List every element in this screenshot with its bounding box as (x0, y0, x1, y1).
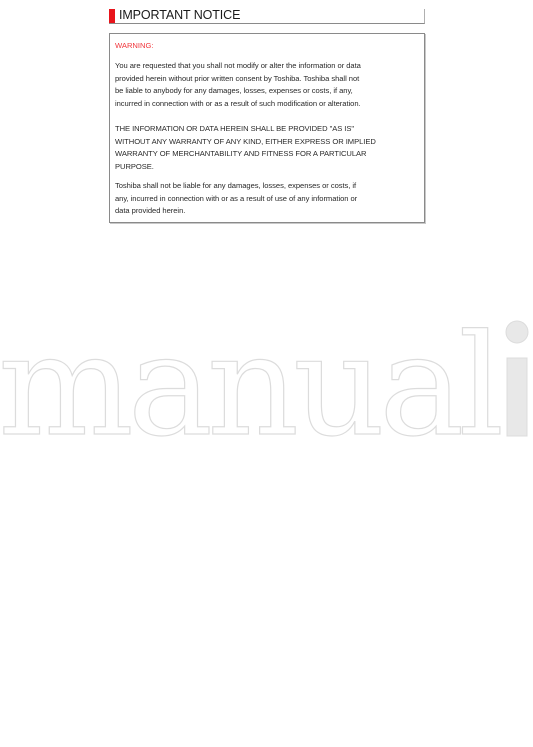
manuali-watermark: manual (0, 310, 533, 450)
warning-label: WARNING: (115, 41, 154, 51)
important-notice-box: WARNING: You are requested that you shal… (109, 33, 425, 223)
paragraph-line: incurred in connection with or as a resu… (115, 98, 361, 111)
paragraph-line: data provided herein. (115, 205, 357, 218)
notice-paragraph-warranty: THE INFORMATION OR DATA HEREIN SHALL BE … (115, 123, 376, 173)
notice-header: IMPORTANT NOTICE (109, 9, 425, 24)
paragraph-line: You are requested that you shall not mod… (115, 60, 361, 73)
watermark-outline-text: manual (0, 310, 500, 450)
paragraph-line: WITHOUT ANY WARRANTY OF ANY KIND, EITHER… (115, 136, 376, 149)
watermark-i-dot (506, 321, 528, 343)
paragraph-line: WARRANTY OF MERCHANTABILITY AND FITNESS … (115, 148, 376, 161)
page-title: IMPORTANT NOTICE (119, 8, 240, 23)
paragraph-line: PURPOSE. (115, 161, 376, 174)
paragraph-line: Toshiba shall not be liable for any dama… (115, 180, 357, 193)
paragraph-line: provided herein without prior written co… (115, 73, 361, 86)
header-red-marker (109, 9, 115, 23)
paragraph-line: be liable to anybody for any damages, lo… (115, 85, 361, 98)
notice-paragraph-liability: Toshiba shall not be liable for any dama… (115, 180, 357, 218)
paragraph-line: THE INFORMATION OR DATA HEREIN SHALL BE … (115, 123, 376, 136)
paragraph-line: any, incurred in connection with or as a… (115, 193, 357, 206)
notice-paragraph-modification: You are requested that you shall not mod… (115, 60, 361, 110)
watermark-i-stem (507, 358, 527, 436)
